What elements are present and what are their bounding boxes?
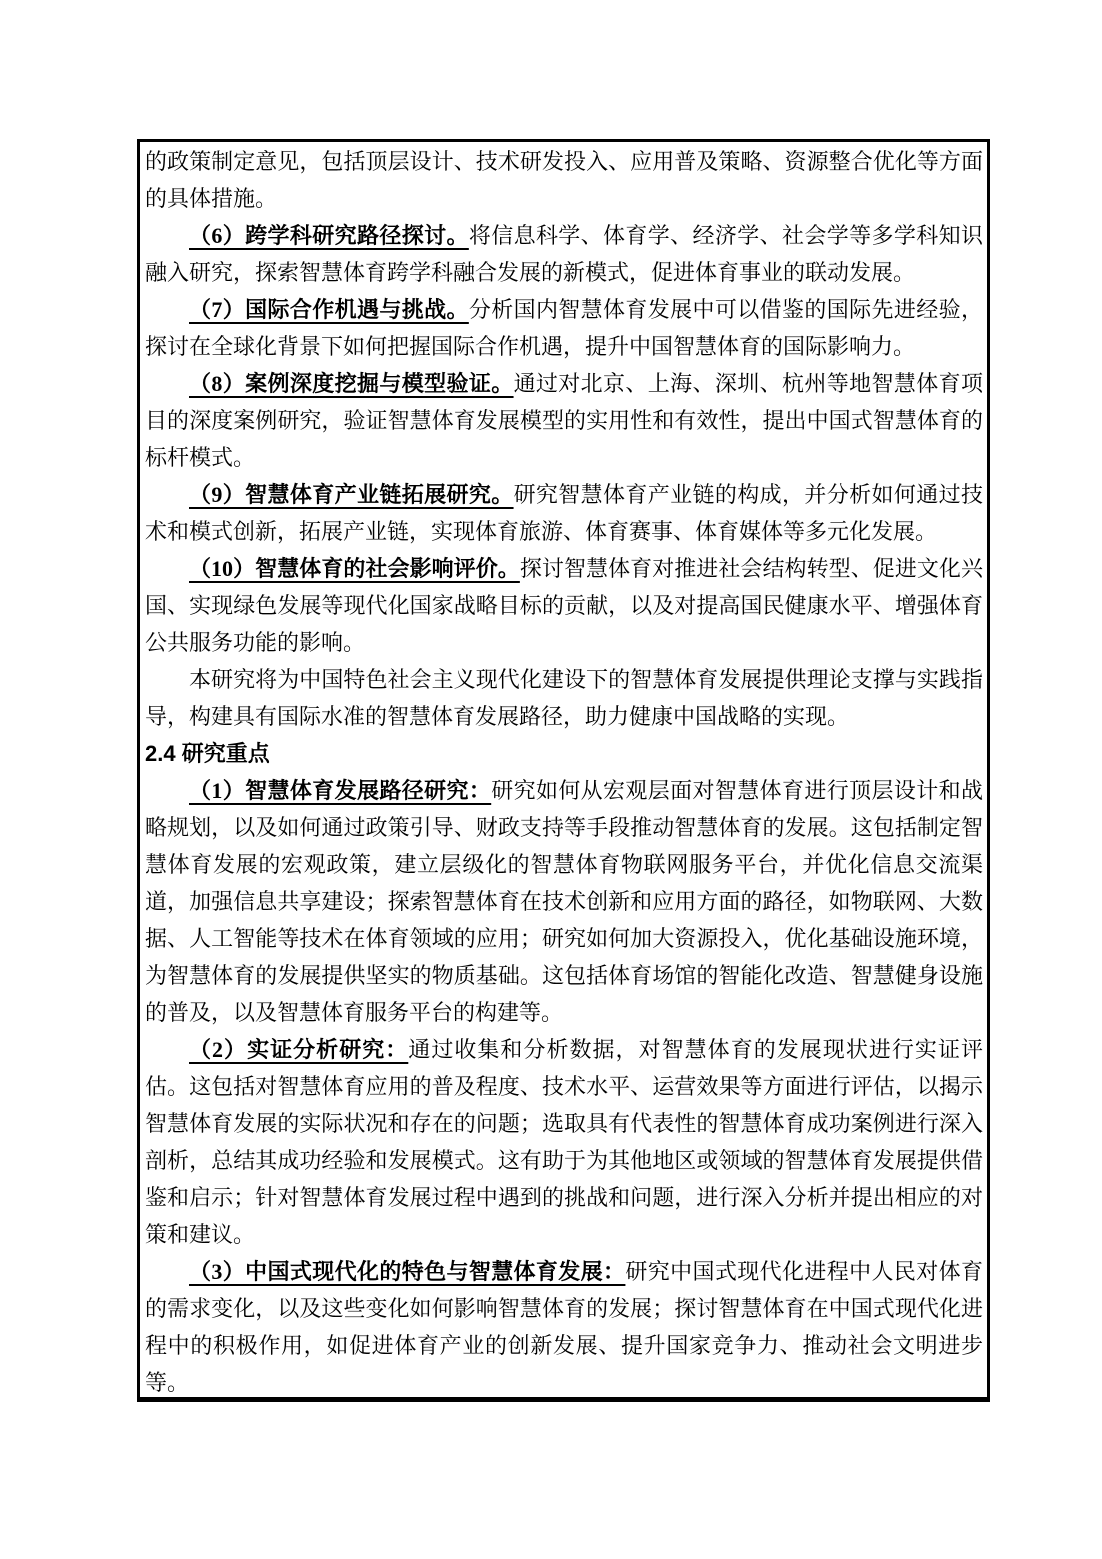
item-1-body: 研究如何从宏观层面对智慧体育进行顶层设计和战略规划，以及如何通过政策引导、财政支…: [145, 778, 983, 1025]
item-2-heading: （2）实证分析研究：: [189, 1037, 408, 1062]
item-8-heading: （8）案例深度挖掘与模型验证。: [189, 371, 514, 396]
closing-text: 本研究将为中国特色社会主义现代化建设下的智慧体育发展提供理论支撑与实践指导，构建…: [145, 667, 983, 729]
item-10-heading: （10）智慧体育的社会影响评价。: [189, 556, 520, 581]
closing-paragraph: 本研究将为中国特色社会主义现代化建设下的智慧体育发展提供理论支撑与实践指导，构建…: [145, 661, 983, 735]
item-2-paragraph: （2）实证分析研究：通过收集和分析数据，对智慧体育的发展现状进行实证评估。这包括…: [145, 1031, 983, 1253]
item-9-paragraph: （9）智慧体育产业链拓展研究。研究智慧体育产业链的构成，并分析如何通过技术和模式…: [145, 476, 983, 550]
item-7-heading: （7）国际合作机遇与挑战。: [189, 297, 469, 322]
final-paragraph: 中国式现代化视域下智慧体育的发展路径及实证分析研究涉及多个方面，需要综合: [145, 1401, 983, 1402]
document-table-frame: 的政策制定意见，包括顶层设计、技术研发投入、应用普及策略、资源整合优化等方面的具…: [137, 139, 990, 1402]
paragraph-text: 的政策制定意见，包括顶层设计、技术研发投入、应用普及策略、资源整合优化等方面的具…: [145, 149, 983, 211]
item-6-heading: （6）跨学科研究路径探讨。: [189, 223, 469, 248]
item-2-body: 通过收集和分析数据，对智慧体育的发展现状进行实证评估。这包括对智慧体育应用的普及…: [145, 1037, 983, 1247]
item-10-paragraph: （10）智慧体育的社会影响评价。探讨智慧体育对推进社会结构转型、促进文化兴国、实…: [145, 550, 983, 661]
item-1-paragraph: （1）智慧体育发展路径研究：研究如何从宏观层面对智慧体育进行顶层设计和战略规划，…: [145, 772, 983, 1031]
document-page: 的政策制定意见，包括顶层设计、技术研发投入、应用普及策略、资源整合优化等方面的具…: [0, 0, 1102, 1559]
item-3-heading: （3）中国式现代化的特色与智慧体育发展：: [189, 1259, 625, 1284]
item-1-heading: （1）智慧体育发展路径研究：: [189, 778, 491, 803]
section-heading-text: 2.4 研究重点: [145, 741, 270, 766]
item-8-paragraph: （8）案例深度挖掘与模型验证。通过对北京、上海、深圳、杭州等地智慧体育项目的深度…: [145, 365, 983, 476]
section-heading-2-4: 2.4 研究重点: [145, 735, 983, 772]
item-3-paragraph: （3）中国式现代化的特色与智慧体育发展：研究中国式现代化进程中人民对体育的需求变…: [145, 1253, 983, 1401]
item-7-paragraph: （7）国际合作机遇与挑战。分析国内智慧体育发展中可以借鉴的国际先进经验，探讨在全…: [145, 291, 983, 365]
item-9-heading: （9）智慧体育产业链拓展研究。: [189, 482, 514, 507]
paragraph-policy-continuation: 的政策制定意见，包括顶层设计、技术研发投入、应用普及策略、资源整合优化等方面的具…: [145, 143, 983, 217]
item-6-paragraph: （6）跨学科研究路径探讨。将信息科学、体育学、经济学、社会学等多学科知识融入研究…: [145, 217, 983, 291]
